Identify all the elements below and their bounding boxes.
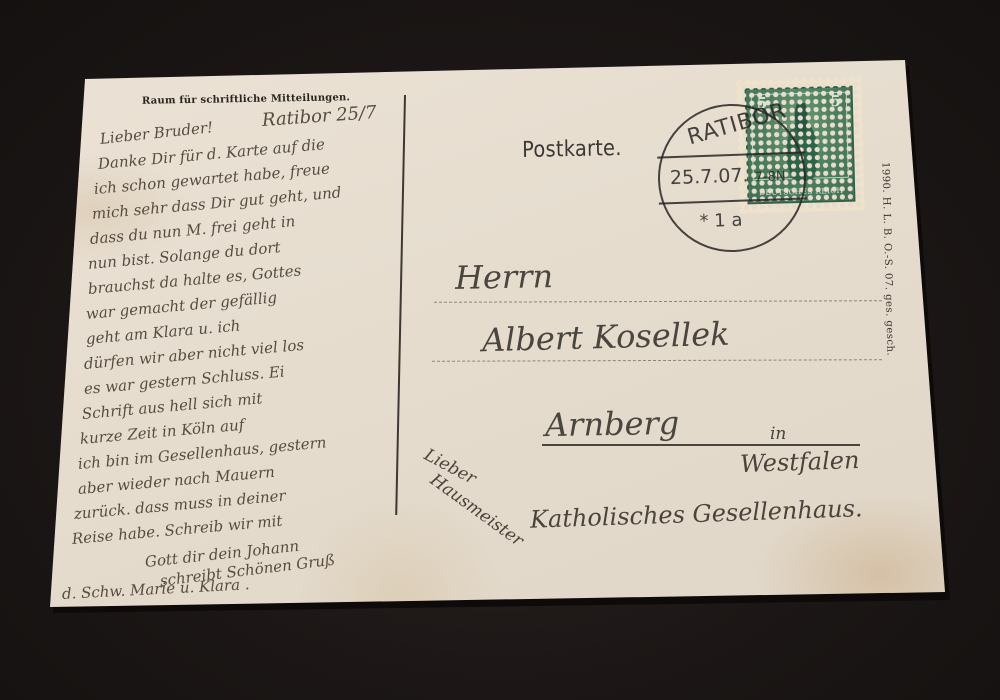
publisher-imprint: 1990. H. L. B. O.-S. 07. ges. gesch. (879, 162, 895, 356)
postmark-date: 25.7.07. 7-8N (670, 163, 786, 189)
address-name: Albert Kosellek (482, 315, 730, 359)
postmark-date-value: 25.7.07. (670, 164, 749, 189)
message-line: Lieber Bruder! (99, 118, 214, 148)
message-signature: d. Schw. Marie u. Klara . (62, 575, 250, 603)
postmark-time: 7-8N (754, 169, 785, 185)
address-city-suffix: in (770, 424, 786, 444)
address-city: Arnberg (545, 404, 680, 444)
address-line-1 (434, 300, 882, 303)
address-underline (542, 444, 860, 446)
address-line-2 (432, 359, 882, 362)
vertical-divider (395, 95, 406, 515)
message-area-label: Raum für schriftliche Mitteilungen. (142, 92, 350, 107)
postmark-code: * 1 a (699, 210, 743, 232)
address-salutation: Herrn (455, 257, 554, 297)
stamp-value-right: 5 (830, 92, 841, 110)
photo-scene: Raum für schriftliche Mitteilungen. Rati… (0, 0, 1000, 700)
address-institution: Katholisches Gesellenhaus. (530, 494, 863, 534)
side-note-line: Hausmeister (426, 470, 527, 551)
address-region: Westfalen (740, 446, 860, 478)
postcard-title: Postkarte. (522, 136, 622, 163)
message-place-date: Ratibor 25/7 (261, 102, 377, 131)
postmark-city: RATIBOR (685, 98, 790, 150)
